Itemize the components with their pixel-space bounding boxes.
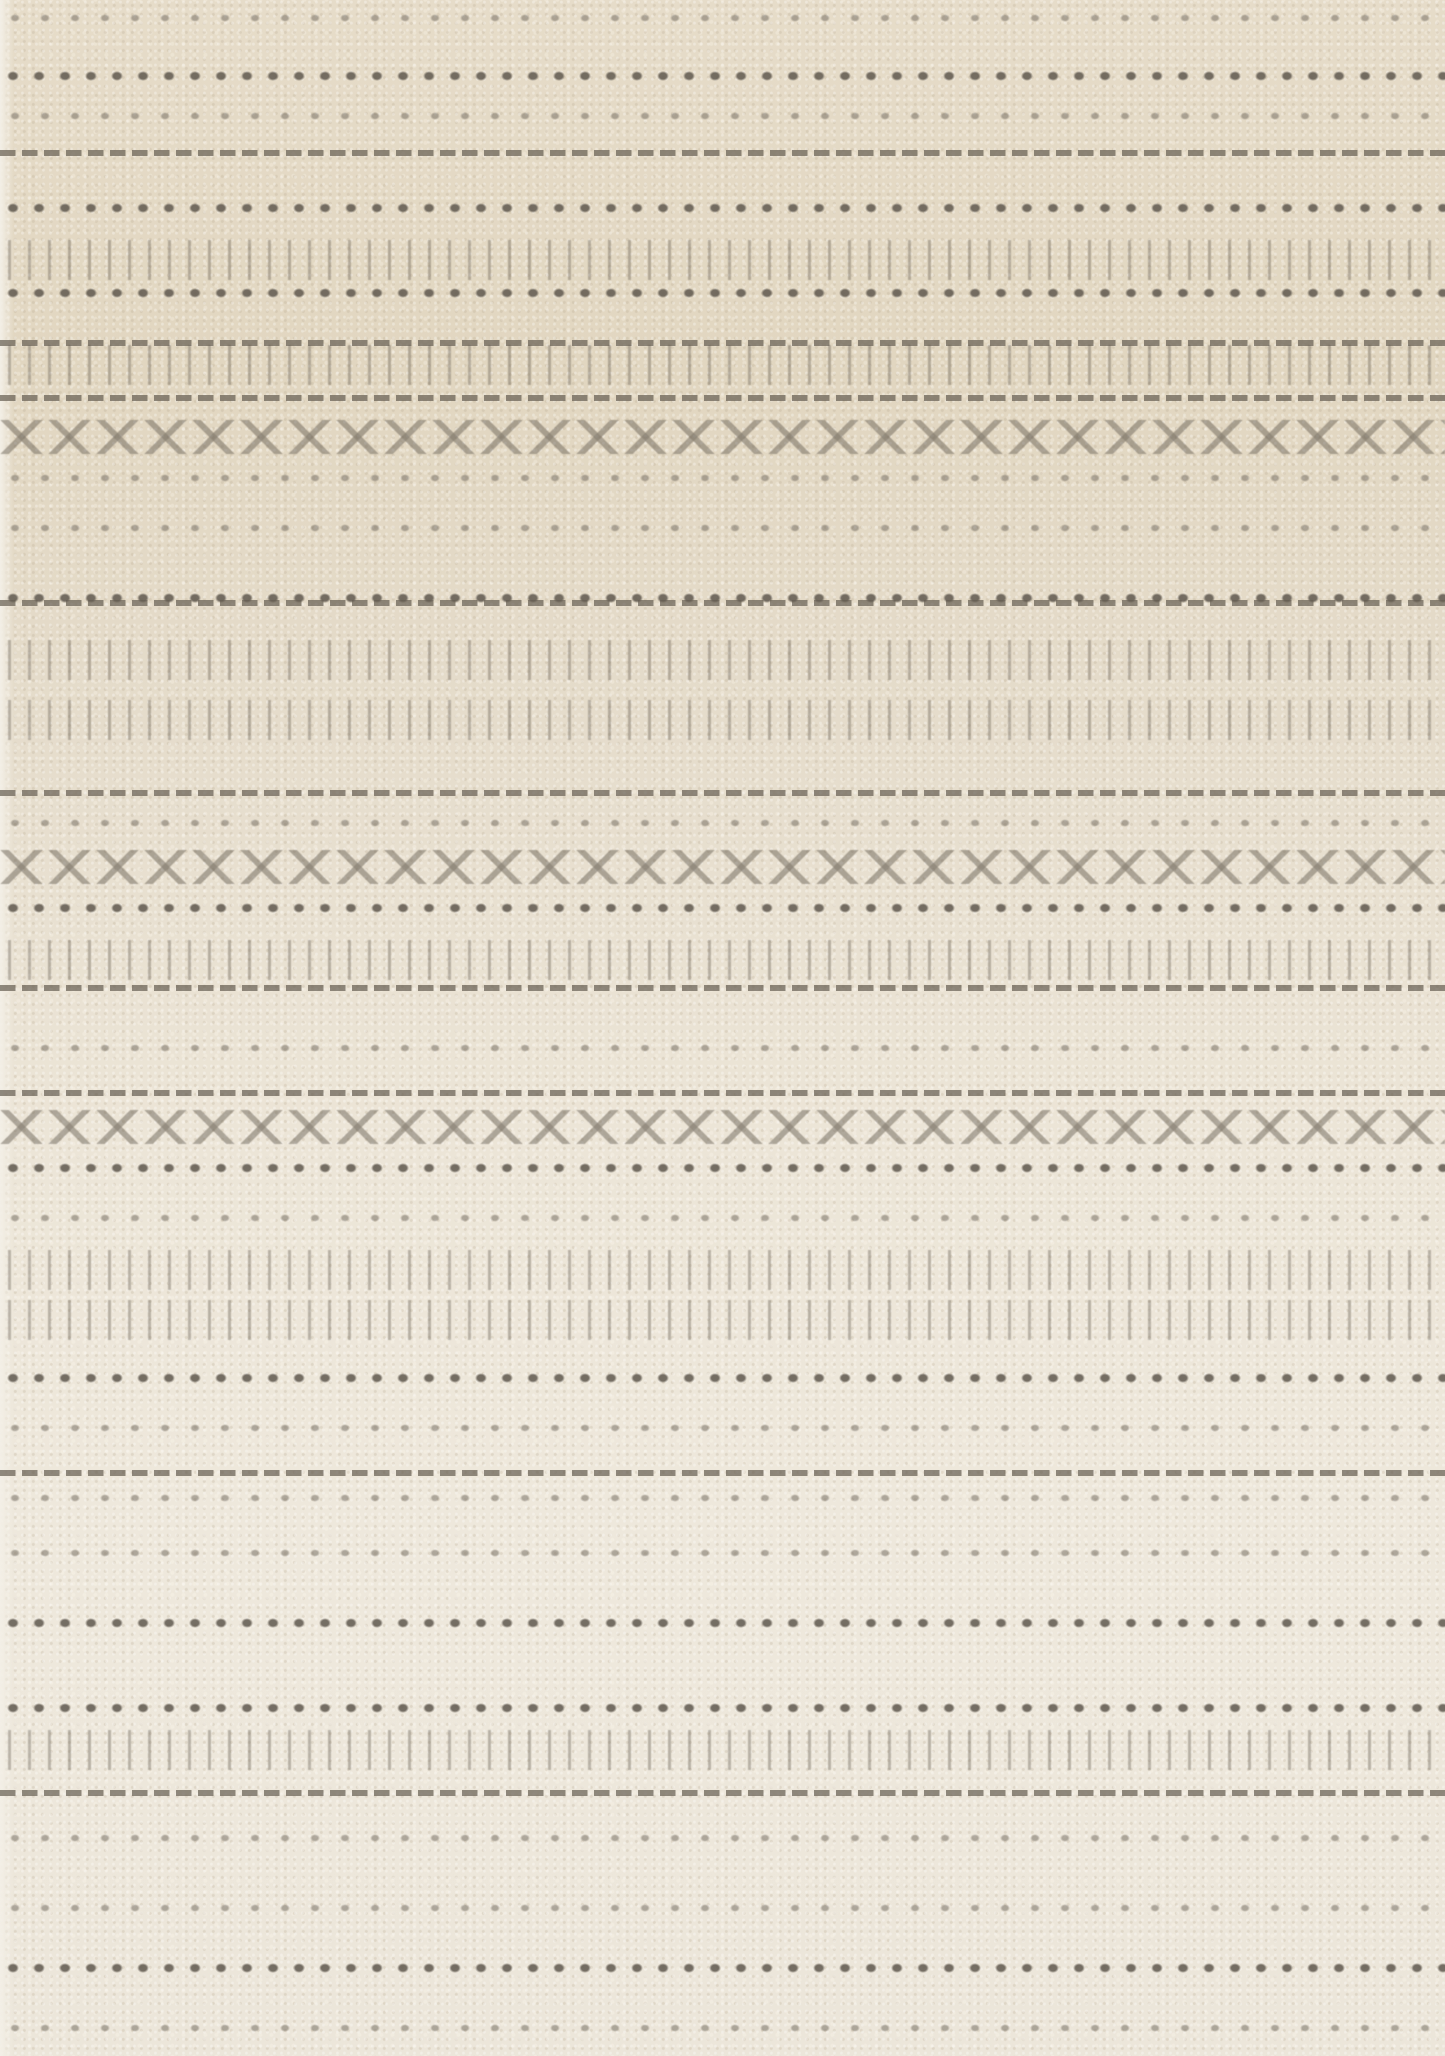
stripe bbox=[0, 900, 1445, 916]
stripe bbox=[0, 600, 1445, 606]
stripe bbox=[0, 1300, 1445, 1340]
stripe bbox=[0, 1790, 1445, 1796]
stripe bbox=[0, 1470, 1445, 1476]
stripe bbox=[0, 2020, 1445, 2036]
stripe bbox=[0, 1420, 1445, 1436]
stripe bbox=[0, 640, 1445, 680]
stripe bbox=[0, 520, 1445, 536]
stripe bbox=[0, 108, 1445, 124]
stripe bbox=[0, 1250, 1445, 1290]
rug-texture-photo bbox=[0, 0, 1445, 2056]
stripe bbox=[0, 985, 1445, 991]
stripe bbox=[0, 1700, 1445, 1716]
stripe bbox=[0, 1160, 1445, 1176]
stripe bbox=[0, 345, 1445, 385]
stripe bbox=[0, 150, 1445, 156]
stripe bbox=[0, 940, 1445, 980]
stripe bbox=[0, 200, 1445, 216]
stripe bbox=[0, 285, 1445, 301]
stripe bbox=[0, 1370, 1445, 1386]
stripe bbox=[0, 1615, 1445, 1631]
stripe bbox=[0, 240, 1445, 280]
stripe bbox=[0, 1960, 1445, 1976]
stripe bbox=[0, 395, 1445, 401]
stripe bbox=[0, 1210, 1445, 1226]
stripe bbox=[0, 700, 1445, 740]
stripe bbox=[0, 1490, 1445, 1506]
stripe bbox=[0, 68, 1445, 84]
diamond-motif-row bbox=[0, 420, 1445, 454]
stripe bbox=[0, 1830, 1445, 1846]
stripe bbox=[0, 10, 1445, 26]
stripe bbox=[0, 815, 1445, 831]
stripe bbox=[0, 1730, 1445, 1770]
diamond-motif-row bbox=[0, 1110, 1445, 1144]
stripe bbox=[0, 1900, 1445, 1916]
stripe bbox=[0, 790, 1445, 796]
stripe bbox=[0, 1545, 1445, 1561]
stripe bbox=[0, 1040, 1445, 1056]
diamond-motif-row bbox=[0, 850, 1445, 884]
stripe bbox=[0, 470, 1445, 486]
stripe bbox=[0, 1090, 1445, 1096]
